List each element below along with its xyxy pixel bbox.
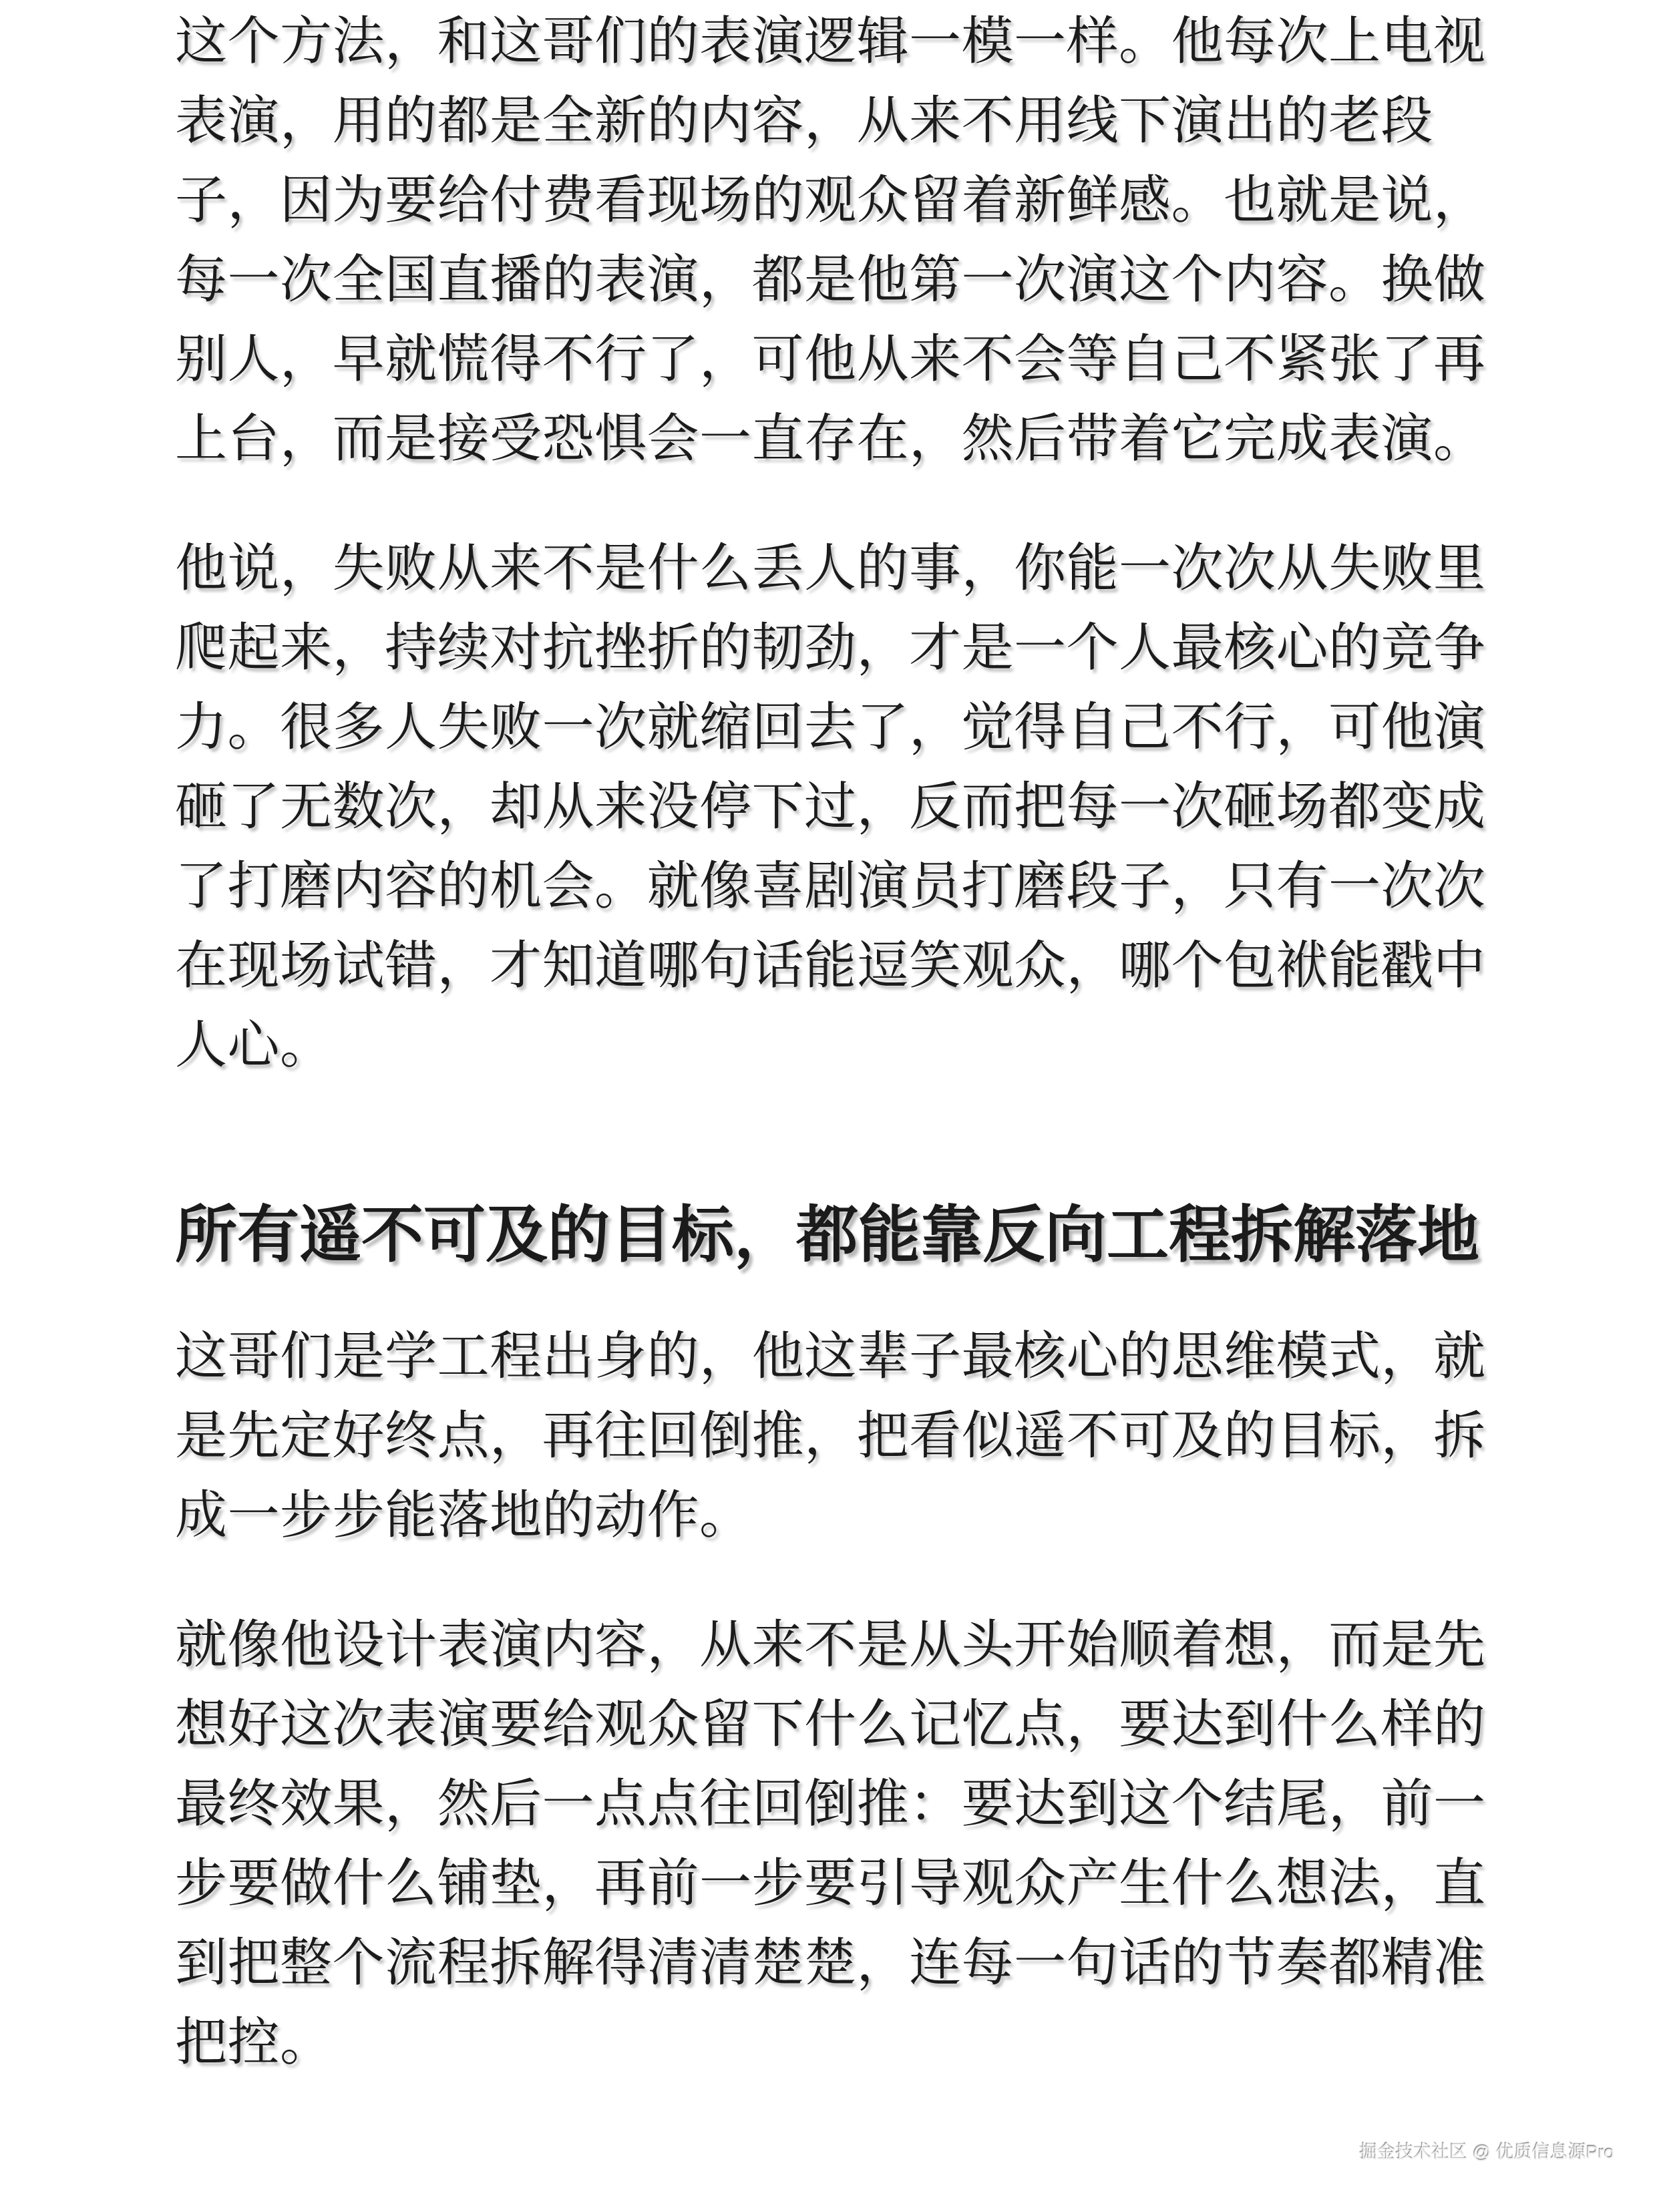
paragraph-1: 这个方法，和这哥们的表演逻辑一模一样。他每次上电视 表演，用的都是全新的内容，从… <box>175 1 1491 478</box>
article-page: 这个方法，和这哥们的表演逻辑一模一样。他每次上电视 表演，用的都是全新的内容，从… <box>0 0 1659 2082</box>
paragraph-4: 就像他设计表演内容，从来不是从头开始顺着想，而是先 想好这次表演要给观众留下什么… <box>175 1605 1491 2082</box>
paragraph-3: 这哥们是学工程出身的，他这辈子最核心的思维模式，就 是先定好终点，再往回倒推，把… <box>175 1316 1491 1555</box>
section-heading: 所有遥不可及的目标，都能靠反向工程拆解落地 <box>175 1188 1491 1282</box>
paragraph-2: 他说，失败从来不是什么丢人的事，你能一次次从失败里 爬起来，持续对抗挫折的韧劲，… <box>175 528 1491 1085</box>
watermark: 掘金技术社区 @ 优质信息源Pro <box>1360 2141 1614 2164</box>
